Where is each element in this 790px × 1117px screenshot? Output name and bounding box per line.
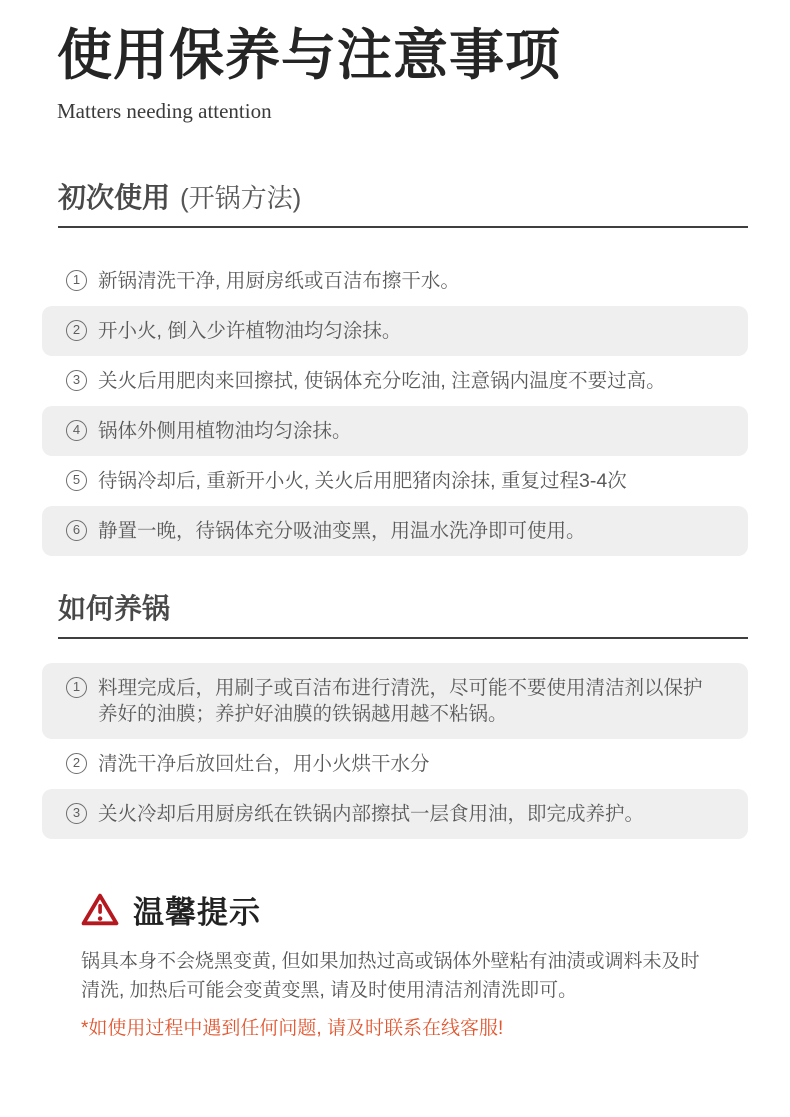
notice-section: 温馨提示 锅具本身不会烧黑变黄, 但如果加热过高或锅体外壁粘有油渍或调料未及时清…: [81, 887, 748, 1041]
item-number-badge: 2: [66, 320, 87, 341]
item-number-badge: 6: [66, 520, 87, 541]
list-item: 1 新锅清洗干净, 用厨房纸或百洁布擦干水。: [42, 256, 748, 306]
item-number-badge: 3: [66, 370, 87, 391]
list-item: 2 开小火, 倒入少许植物油均匀涂抹。: [42, 306, 748, 356]
item-number-badge: 2: [66, 753, 87, 774]
item-text: 关火冷却后用厨房纸在铁锅内部擦拭一层食用油，即完成养护。: [98, 801, 644, 827]
list-item: 3 关火后用肥肉来回擦拭, 使锅体充分吃油, 注意锅内温度不要过高。: [42, 356, 748, 406]
item-number-badge: 1: [66, 677, 87, 698]
maintain-steps-list: 1 料理完成后，用刷子或百洁布进行清洗，尽可能不要使用清洁剂以保护养好的油膜；养…: [42, 663, 748, 839]
section-note: (开锅方法): [180, 178, 301, 215]
item-number-badge: 5: [66, 470, 87, 491]
section-title: 初次使用: [58, 181, 170, 215]
notice-body: 锅具本身不会烧黑变黄, 但如果加热过高或锅体外壁粘有油渍或调料未及时清洗, 加热…: [81, 947, 713, 1005]
notice-highlight: *如使用过程中遇到任何问题, 请及时联系在线客服!: [81, 1017, 748, 1041]
item-text: 清洗干净后放回灶台，用小火烘干水分: [98, 751, 430, 777]
list-item: 5 待锅冷却后, 重新开小火, 关火后用肥猪肉涂抹, 重复过程3-4次: [42, 456, 748, 506]
list-item: 4 锅体外侧用植物油均匀涂抹。: [42, 406, 748, 456]
item-number-badge: 4: [66, 420, 87, 441]
section-title: 如何养锅: [58, 592, 170, 626]
page-header: 使用保养与注意事项 Matters needing attention: [0, 0, 790, 124]
list-item: 3 关火冷却后用厨房纸在铁锅内部擦拭一层食用油，即完成养护。: [42, 789, 748, 839]
item-text: 待锅冷却后, 重新开小火, 关火后用肥猪肉涂抹, 重复过程3-4次: [98, 468, 627, 494]
warning-triangle-icon: [81, 892, 119, 927]
notice-header: 温馨提示: [81, 887, 748, 932]
section-header-first-use: 初次使用 (开锅方法): [58, 178, 748, 228]
item-text: 锅体外侧用植物油均匀涂抹。: [98, 418, 352, 444]
item-text: 开小火, 倒入少许植物油均匀涂抹。: [98, 318, 401, 344]
list-item: 1 料理完成后，用刷子或百洁布进行清洗，尽可能不要使用清洁剂以保护养好的油膜；养…: [42, 663, 748, 739]
list-item: 2 清洗干净后放回灶台，用小火烘干水分: [42, 739, 748, 789]
item-text: 料理完成后，用刷子或百洁布进行清洗，尽可能不要使用清洁剂以保护养好的油膜；养护好…: [98, 675, 716, 727]
item-number-badge: 3: [66, 803, 87, 824]
page-title: 使用保养与注意事项: [57, 24, 750, 86]
notice-title: 温馨提示: [133, 887, 261, 932]
page-subtitle: Matters needing attention: [57, 99, 750, 124]
first-use-steps-list: 1 新锅清洗干净, 用厨房纸或百洁布擦干水。 2 开小火, 倒入少许植物油均匀涂…: [42, 256, 748, 556]
item-text: 关火后用肥肉来回擦拭, 使锅体充分吃油, 注意锅内温度不要过高。: [98, 368, 666, 394]
item-text: 静置一晚，待锅体充分吸油变黑，用温水洗净即可使用。: [98, 518, 586, 544]
list-item: 6 静置一晚，待锅体充分吸油变黑，用温水洗净即可使用。: [42, 506, 748, 556]
care-instructions-page: 使用保养与注意事项 Matters needing attention 初次使用…: [0, 0, 790, 1117]
item-text: 新锅清洗干净, 用厨房纸或百洁布擦干水。: [98, 268, 460, 294]
item-number-badge: 1: [66, 270, 87, 291]
section-header-maintain: 如何养锅: [58, 592, 748, 639]
